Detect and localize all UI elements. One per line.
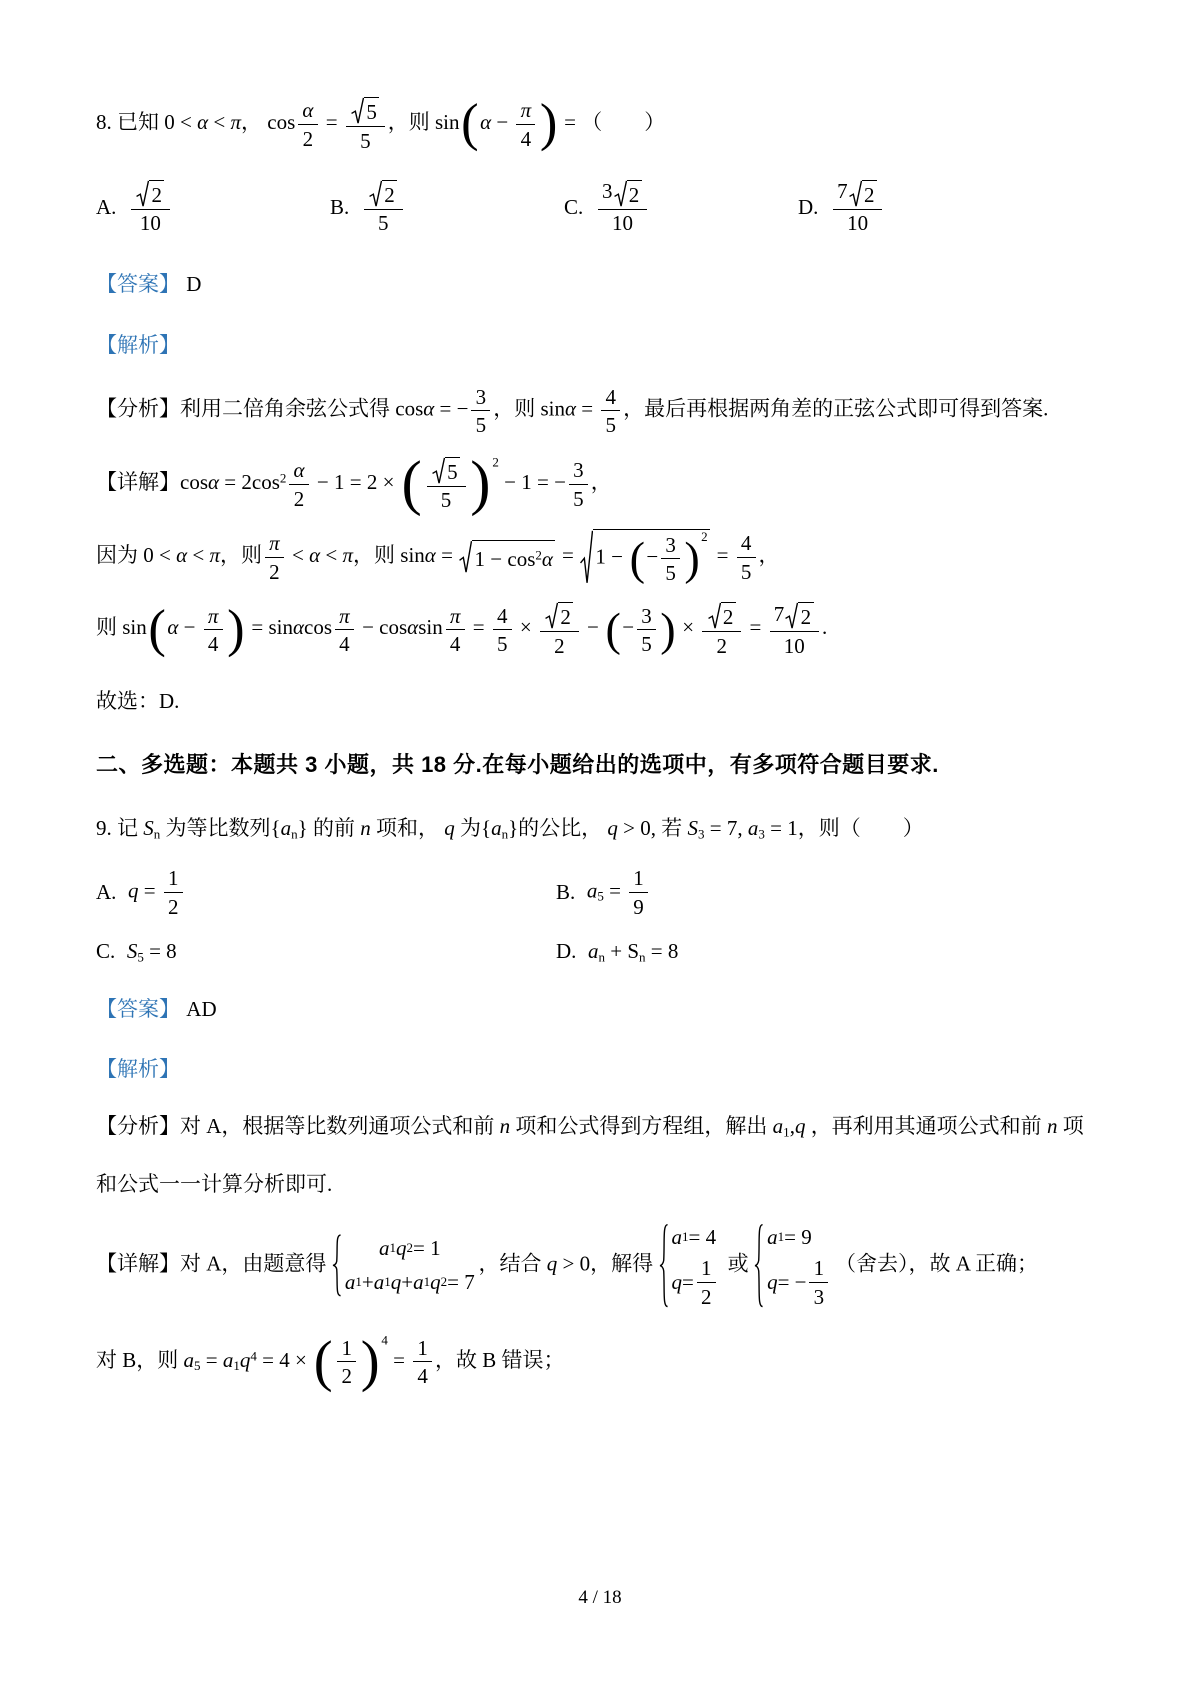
option-label: C. — [564, 195, 583, 220]
q9-analysis-line-1: 【分析】对 A，根据等比数列通项公式和前 n 项和公式得到方程组，解出 a1,q… — [96, 1111, 1122, 1141]
q9-option-b: B. a5 = 19 — [556, 866, 1122, 919]
option-value: a5 = 19 — [587, 866, 651, 919]
option-value: 3210 — [595, 179, 650, 236]
document-page: 8. 已知 0 < α < π， cosα2 = 55，则 sin(α − π4… — [0, 0, 1200, 1697]
q8-stem: 8. 已知 0 < α < π， cosα2 = 55，则 sin(α − π4… — [96, 96, 1122, 153]
explain-label: 【解析】 — [96, 1054, 180, 1084]
option-label: D. — [798, 195, 818, 220]
q9-option-a: A. q = 12 — [96, 866, 556, 919]
q8-option-d: D. 7210 — [798, 179, 1122, 236]
q8-option-c: C. 3210 — [564, 179, 798, 236]
option-value: 25 — [361, 179, 406, 236]
q8-options: A. 210 B. 25 C. 3210 D. 7210 — [96, 179, 1122, 236]
q9-options: A. q = 12 B. a5 = 19 C. S5 = 8 D. an + S… — [96, 866, 1122, 964]
q8-answer-line: 【答案】 D — [96, 269, 1122, 299]
q8-analysis: 【分析】利用二倍角余弦公式得 cosα = −35，则 sinα = 45，最后… — [96, 384, 1122, 437]
q9-option-c: C. S5 = 8 — [96, 939, 556, 964]
section-2-header: 二、多选题：本题共 3 小题，共 18 分.在每小题给出的选项中，有多项符合题目… — [96, 748, 1122, 779]
option-value: an + Sn = 8 — [588, 939, 678, 964]
q9-stem: 9. 记 Sn 为等比数列{an} 的前 n 项和， q 为{an}的公比， q… — [96, 813, 1122, 843]
q8-option-a: A. 210 — [96, 179, 330, 236]
q9-detail-line-1: 【详解】对 A，由题意得a1q2 = 1a1 + a1q + a1q2 = 7，… — [96, 1222, 1122, 1309]
option-label: A. — [96, 880, 116, 905]
q9-analysis-line-2: 和公式一一计算分析即可. — [96, 1169, 1122, 1199]
q8-explain-line: 【解析】 — [96, 330, 1122, 360]
document-content: 8. 已知 0 < α < π， cosα2 = 55，则 sin(α − π4… — [0, 0, 1200, 1389]
option-label: A. — [96, 195, 116, 220]
q9-detail-line-2: 对 B，则 a5 = a1q4 = 4 × (12)4 = 14，故 B 错误； — [96, 1335, 1122, 1389]
q8-detail-line-3: 则 sin(α − π4) = sinαcosπ4 − cosαsinπ4 = … — [96, 601, 1122, 658]
option-value: q = 12 — [128, 866, 186, 919]
option-value: S5 = 8 — [127, 939, 177, 964]
option-value: 7210 — [830, 179, 885, 236]
option-value: 210 — [128, 179, 173, 236]
answer-label: 【答案】 — [96, 994, 180, 1024]
option-label: D. — [556, 939, 576, 964]
option-label: B. — [556, 880, 575, 905]
option-label: C. — [96, 939, 115, 964]
q8-detail-line-1: 【详解】cosα = 2cos2α2 − 1 = 2 × (55)2 − 1 =… — [96, 455, 1122, 513]
q9-explain-line: 【解析】 — [96, 1054, 1122, 1084]
answer-value: AD — [186, 994, 216, 1024]
answer-value: D — [186, 269, 201, 299]
q8-conclusion: 故选：D. — [96, 686, 1122, 716]
q8-option-b: B. 25 — [330, 179, 564, 236]
option-label: B. — [330, 195, 349, 220]
q9-answer-line: 【答案】 AD — [96, 994, 1122, 1024]
q8-detail-line-2: 因为 0 < α < π，则π2 < α < π，则 sinα = 1 − co… — [96, 529, 1122, 585]
explain-label: 【解析】 — [96, 330, 180, 360]
answer-label: 【答案】 — [96, 269, 180, 299]
page-number: 4 / 18 — [0, 1587, 1200, 1609]
q9-option-d: D. an + Sn = 8 — [556, 939, 1122, 964]
